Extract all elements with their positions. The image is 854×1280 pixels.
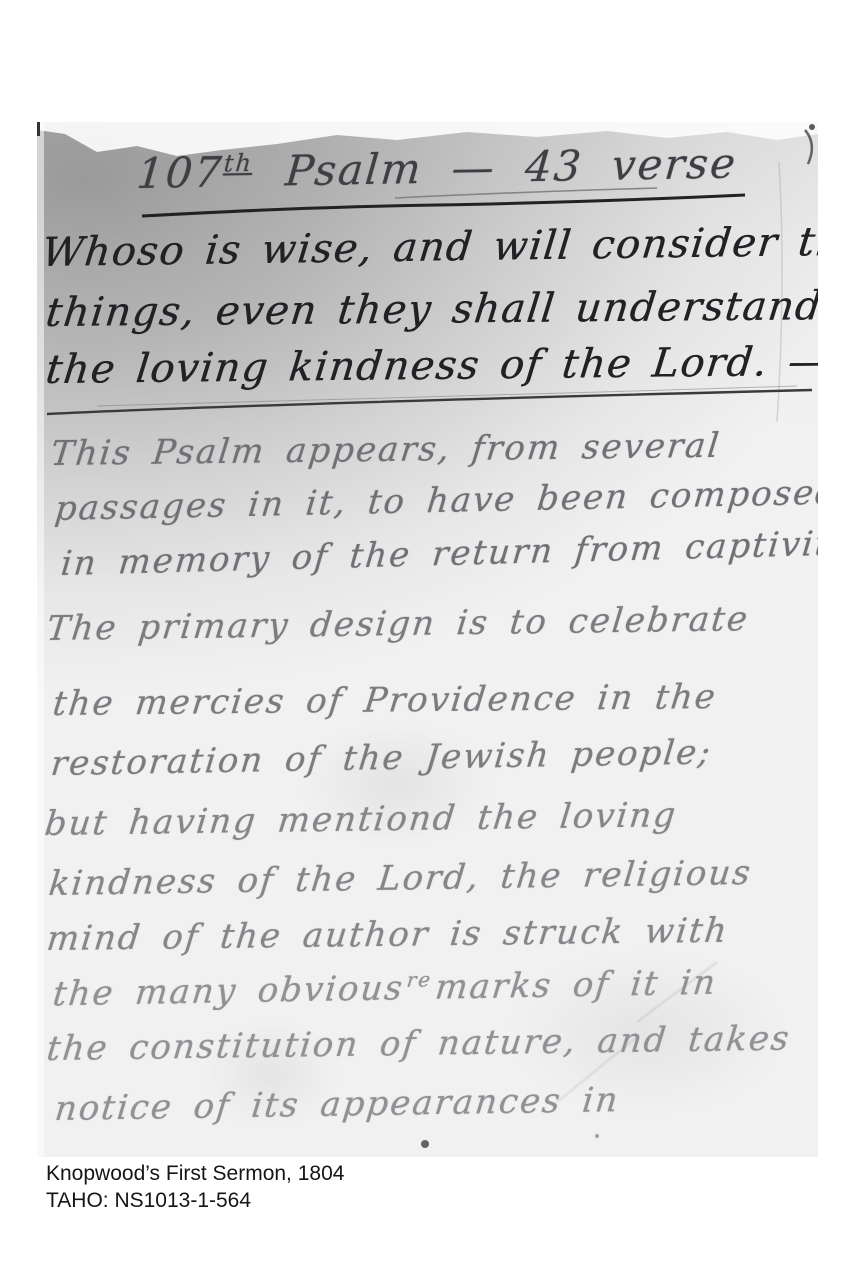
body-line: mind of the author is struck with [45,911,731,959]
separator-rule [47,390,812,414]
page-background: 107th Psalm — 43 verse Whoso is wise, an… [0,0,854,1280]
ink-dot-bottom [421,1140,429,1148]
manuscript-photo: 107th Psalm — 43 verse Whoso is wise, an… [37,122,818,1157]
psalm-title-rest: Psalm — 43 verse [283,138,739,195]
scan-left-edge [37,122,44,1157]
ink-dot-bottom-small [595,1134,599,1138]
insertion-before: the many obvious [51,968,406,1014]
verse-line: the loving kindness of the Lord. — [43,339,818,393]
psalm-number: 107 [135,147,225,198]
header-underline-heavy [142,195,745,216]
caption: Knopwood’s First Sermon, 1804 TAHO: NS10… [46,1160,344,1214]
verse-line: things, even they shall understand [43,283,818,336]
psalm-ordinal: th [223,149,255,178]
inserted-text: re [406,967,434,991]
body-line: the mercies of Providence in the [51,677,719,724]
body-line: This Psalm appears, from several [49,426,723,474]
caption-title: Knopwood’s First Sermon, 1804 [46,1160,344,1187]
insertion-after: marks of it in [433,963,719,1008]
corner-mark-left [37,122,40,136]
caption-reference: TAHO: NS1013-1-564 [46,1187,344,1214]
corner-dot-right [809,124,815,130]
